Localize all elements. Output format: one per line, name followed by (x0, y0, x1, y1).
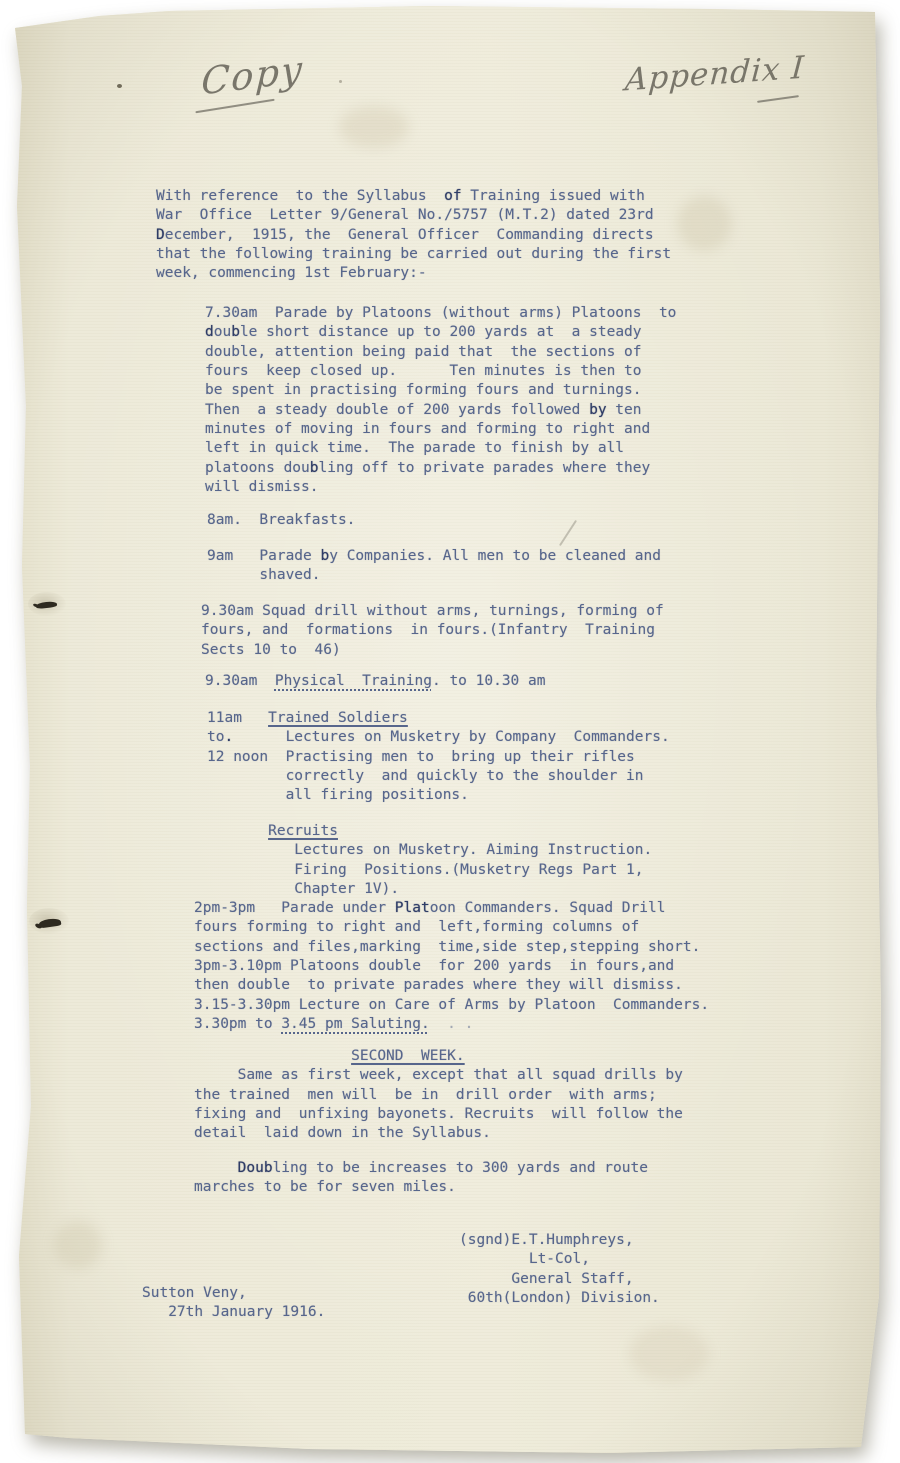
text-run: ling off to private parades where they (319, 460, 651, 476)
text-run: . (224, 729, 233, 745)
text-run: b (321, 548, 330, 564)
typed-line: Firing Positions.(Musketry Regs Part 1, (207, 861, 652, 880)
text-run: then double to private parades where the… (194, 977, 683, 993)
typed-block-intro: With reference to the Syllabus of Traini… (156, 187, 671, 284)
typed-line: 9.30am Squad drill without arms, turning… (201, 602, 664, 621)
text-run: 9.30am (205, 673, 275, 689)
text-run: fixing and unfixing bayonets. Recruits w… (194, 1106, 683, 1122)
text-run: of (444, 188, 461, 204)
text-run: 9.30am Squad drill without arms, turning… (201, 603, 664, 619)
typed-line: Lectures on Musketry. Aiming Instruction… (207, 841, 652, 860)
typed-line: then double to private parades where the… (194, 976, 709, 995)
text-run: 11am (207, 710, 268, 726)
typed-line: War Office Letter 9/General No./5757 (M.… (156, 206, 671, 225)
typed-line: detail laid down in the Syllabus. (194, 1124, 683, 1143)
text-run: 7.30am Parade by Platoons (without arms)… (205, 305, 676, 321)
typed-line: 9am Parade by Companies. All men to be c… (207, 547, 661, 566)
typed-line: week, commencing 1st February:- (156, 264, 671, 283)
typed-block-squad: 9.30am Squad drill without arms, turning… (201, 602, 664, 660)
text-run: le short distance up to 200 yards at a s… (240, 324, 642, 340)
typed-line: General Staff, (459, 1270, 660, 1289)
typed-line: 12 noon Practising men to bring up their… (207, 748, 670, 767)
text-run: fours forming to right and left,forming … (194, 919, 639, 935)
text-run: correctly and quickly to the shoulder in (207, 768, 644, 784)
typed-line: Recruits (207, 822, 652, 841)
typed-line: 9.30am Physical Training. to 10.30 am (205, 672, 545, 691)
typed-line: marches to be for seven miles. (194, 1178, 648, 1197)
text-run: platoons dou (205, 460, 310, 476)
typed-text-layer: With reference to the Syllabus of Traini… (9, 6, 883, 1456)
text-run: Lt-Col, (459, 1251, 590, 1267)
typed-line: Same as first week, except that all squa… (194, 1066, 683, 1085)
typed-block-phys: 9.30am Physical Training. to 10.30 am (205, 672, 545, 691)
text-run: Training issued with (462, 188, 645, 204)
paper-sheet: Copy Appendix I With reference to the Sy… (9, 6, 883, 1456)
text-run: 3.15-3.30pm Lecture on Care of Arms by P… (194, 997, 709, 1013)
typed-line: Chapter 1V). (207, 880, 652, 899)
typed-line: 2pm-3pm Parade under Platoon Commanders.… (194, 899, 709, 918)
typed-line: double short distance up to 200 yards at… (205, 323, 676, 342)
typed-block-bfast: 8am. Breakfasts. (207, 511, 355, 530)
text-run: 9am Parade (207, 548, 321, 564)
text-run: ten (607, 402, 642, 418)
typed-line: SECOND WEEK. (194, 1047, 683, 1066)
text-run (194, 1048, 351, 1064)
typed-line: Sutton Veny, (142, 1284, 325, 1303)
text-run: (sgnd)E.T.Humphreys, (459, 1232, 634, 1248)
typed-line: 11am Trained Soldiers (207, 709, 670, 728)
typed-line: sections and files,marking time,side ste… (194, 938, 709, 957)
text-run: War Office Letter 9/General No./5757 (M.… (156, 207, 654, 223)
text-run: Then a steady double of 200 yards follow… (205, 402, 589, 418)
text-run: minutes of moving in fours and forming t… (205, 421, 650, 437)
text-run: fours, and formations in fours.(Infantry… (201, 622, 655, 638)
typed-line: 3.15-3.30pm Lecture on Care of Arms by P… (194, 996, 709, 1015)
text-run: that the following training be carried o… (156, 246, 671, 262)
typed-line: the trained men will be in drill order w… (194, 1086, 683, 1105)
typed-line: that the following training be carried o… (156, 245, 671, 264)
typed-line: With reference to the Syllabus of Traini… (156, 187, 671, 206)
text-run: the trained men will be in drill order w… (194, 1087, 657, 1103)
typed-line: (sgnd)E.T.Humphreys, (459, 1231, 660, 1250)
typed-block-sig: (sgnd)E.T.Humphreys, Lt-Col, General Sta… (459, 1231, 660, 1308)
text-run: detail laid down in the Syllabus. (194, 1125, 491, 1141)
text-run: Same as first week, except that all squa… (194, 1067, 683, 1083)
typed-block-date: Sutton Veny, 27th January 1916. (142, 1284, 325, 1323)
text-run: to (207, 729, 224, 745)
typed-line: 27th January 1916. (142, 1303, 325, 1322)
text-run: y Companies. All men to be cleaned and (329, 548, 661, 564)
typed-line: December, 1915, the General Officer Comm… (156, 226, 671, 245)
typed-line: fours, and formations in fours.(Infantry… (201, 621, 664, 640)
text-run: left in quick time. The parade to finish… (205, 440, 624, 456)
typed-line: to. Lectures on Musketry by Company Comm… (207, 728, 670, 747)
text-run: Sutton Veny, (142, 1285, 247, 1301)
typed-block-doub: Doubling to be increases to 300 yards an… (194, 1159, 648, 1198)
text-run: . to 10.30 am (432, 673, 546, 689)
text-run: oon Commanders. Squad Drill (430, 900, 666, 916)
typed-line: double, attention being paid that the se… (205, 343, 676, 362)
typed-line: shaved. (207, 566, 661, 585)
text-run: marches to be for seven miles. (194, 1179, 456, 1195)
text-run: Doub (238, 1160, 273, 1176)
text-run: Lectures on Musketry. Aiming Instruction… (207, 842, 652, 858)
typed-line: 3pm-3.10pm Platoons double for 200 yards… (194, 957, 709, 976)
typed-line: left in quick time. The parade to finish… (205, 439, 676, 458)
text-run: 27th January 1916. (142, 1304, 325, 1320)
typed-line: Sects 10 to 46) (201, 641, 664, 660)
text-run: With reference to the Syllabus (156, 188, 444, 204)
text-run: Lectures on Musketry by Company Commande… (233, 729, 670, 745)
text-run: by (589, 402, 606, 418)
text-run: ou (214, 324, 231, 340)
text-run: SECOND WEEK. (351, 1048, 465, 1064)
text-run: . . (430, 1016, 474, 1032)
typed-line: 60th(London) Division. (459, 1289, 660, 1308)
text-run (207, 823, 268, 839)
typed-block-recruits: Recruits Lectures on Musketry. Aiming In… (207, 822, 652, 899)
text-run: b (231, 324, 240, 340)
text-run: week, commencing 1st February:- (156, 265, 427, 281)
text-run: Plat (395, 900, 430, 916)
text-run: D (156, 227, 165, 243)
typed-line: be spent in practising forming fours and… (205, 381, 676, 400)
text-run: be spent in practising forming fours and… (205, 382, 642, 398)
text-run: Physical Training (275, 673, 432, 689)
typed-block-trained: 11am Trained Soldiersto. Lectures on Mus… (207, 709, 670, 806)
typed-line: fours keep closed up. Ten minutes is the… (205, 362, 676, 381)
typed-block-p730: 7.30am Parade by Platoons (without arms)… (205, 304, 676, 497)
typed-line: minutes of moving in fours and forming t… (205, 420, 676, 439)
typed-line: Then a steady double of 200 yards follow… (205, 401, 676, 420)
text-run: 60th(London) Division. (459, 1290, 660, 1306)
text-run: will dismiss. (205, 479, 319, 495)
typed-line: Doubling to be increases to 300 yards an… (194, 1159, 648, 1178)
text-run: double, attention being paid that the se… (205, 344, 642, 360)
scanned-document-page: Copy Appendix I With reference to the Sy… (0, 0, 900, 1463)
text-run: 3.30pm to (194, 1016, 281, 1032)
text-run: ling to be increases to 300 yards and ro… (273, 1160, 648, 1176)
paper-sheet-shadow: Copy Appendix I With reference to the Sy… (9, 6, 883, 1456)
text-run: 12 noon Practising men to bring up their… (207, 749, 635, 765)
text-run: Trained Soldiers (268, 710, 408, 726)
text-run: b (310, 460, 319, 476)
text-run: General Staff, (459, 1271, 634, 1287)
typed-line: fours forming to right and left,forming … (194, 918, 709, 937)
text-run: fours keep closed up. Ten minutes is the… (205, 363, 642, 379)
typed-block-p9: 9am Parade by Companies. All men to be c… (207, 547, 661, 586)
typed-line: platoons doubling off to private parades… (205, 459, 676, 478)
text-run: 3.45 pm Saluting. (281, 1016, 429, 1032)
typed-line: will dismiss. (205, 478, 676, 497)
typed-line: 8am. Breakfasts. (207, 511, 355, 530)
text-run: shaved. (207, 567, 321, 583)
text-run: ecember, 1915, the General Officer Comma… (165, 227, 654, 243)
typed-block-week2: SECOND WEEK. Same as first week, except … (194, 1047, 683, 1144)
typed-line: all firing positions. (207, 786, 670, 805)
text-run: d (205, 324, 214, 340)
text-run: Recruits (268, 823, 338, 839)
typed-line: fixing and unfixing bayonets. Recruits w… (194, 1105, 683, 1124)
text-run: 3pm-3.10pm Platoons double for 200 yards… (194, 958, 674, 974)
text-run: Sects 10 to 46) (201, 642, 341, 658)
text-run: all firing positions. (207, 787, 469, 803)
text-run: Firing Positions.(Musketry Regs Part 1, (207, 862, 644, 878)
text-run: 2pm-3pm Parade under (194, 900, 395, 916)
text-run: sections and files,marking time,side ste… (194, 939, 700, 955)
text-run: Chapter 1V). (207, 881, 399, 897)
typed-line: correctly and quickly to the shoulder in (207, 767, 670, 786)
text-run: 8am. Breakfasts. (207, 512, 355, 528)
typed-block-aft: 2pm-3pm Parade under Platoon Commanders.… (194, 899, 709, 1034)
typed-line: 3.30pm to 3.45 pm Saluting. . . (194, 1015, 709, 1034)
typed-line: 7.30am Parade by Platoons (without arms)… (205, 304, 676, 323)
typed-line: Lt-Col, (459, 1250, 660, 1269)
text-run (194, 1160, 238, 1176)
